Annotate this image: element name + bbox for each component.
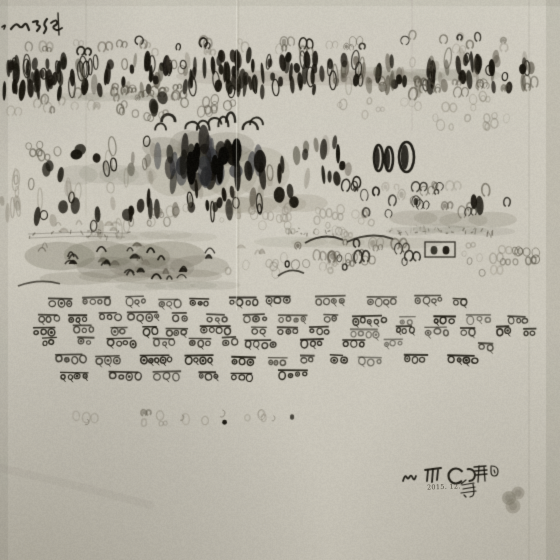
ink-painting-canvas: [0, 0, 560, 560]
signature-date-text: 2015. 12.: [427, 482, 461, 491]
ink-painting-photo: 2015. 12.: [0, 0, 560, 560]
